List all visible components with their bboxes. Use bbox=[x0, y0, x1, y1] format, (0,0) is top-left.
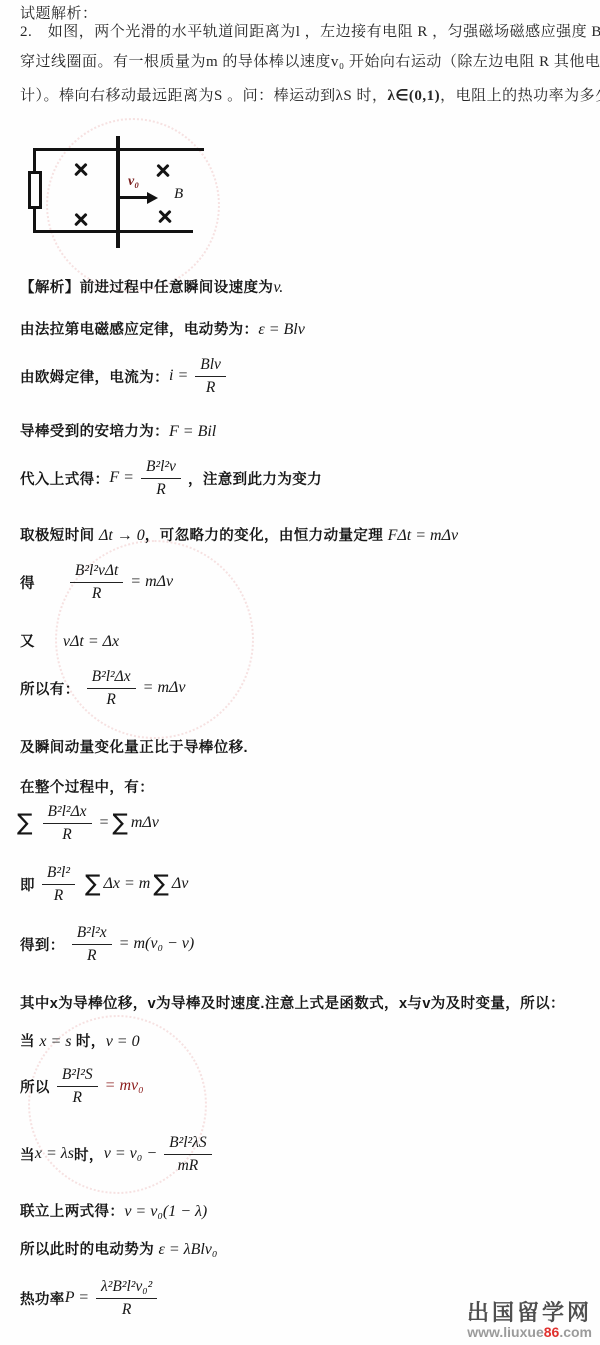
solution-line-sum-2: 即 B²l²R ∑ Δx = m ∑ Δv bbox=[20, 864, 188, 905]
solution-line-substitute: 代入上式得： F = B²l²vR ，注意到此力为变力 bbox=[20, 458, 322, 499]
solution-text: 得到： bbox=[20, 934, 65, 955]
solution-text: 即 bbox=[20, 874, 35, 895]
solution-line-result-1: 得 B²l²vΔtR = mΔv bbox=[20, 562, 173, 603]
velocity-arrow bbox=[120, 196, 148, 199]
solution-text: 时， bbox=[71, 1034, 105, 1050]
fraction-denominator: R bbox=[62, 824, 71, 844]
solution-line-lambda-s: 当 x = λs 时， v = v₀ − B²l²λSmR bbox=[20, 1134, 219, 1175]
formula: = bbox=[99, 814, 110, 832]
fraction-numerator: Blv bbox=[195, 356, 226, 377]
solution-text: 代入上式得： bbox=[20, 468, 109, 489]
solution-line-whole-process: 在整个过程中，有： bbox=[20, 776, 154, 797]
flux-cross-icon bbox=[73, 162, 89, 178]
fraction: λ²B²l²v₀²R bbox=[96, 1278, 157, 1319]
sigma-symbol: ∑ bbox=[153, 873, 169, 896]
site-url-highlight: 86 bbox=[544, 1324, 560, 1340]
solution-text: 所以此时的电动势为 bbox=[20, 1242, 159, 1258]
scanned-document-page: 试题解析： 2. 如图，两个光滑的水平轨道间距离为l ，左边接有电阻 R ，匀强… bbox=[0, 0, 600, 1345]
formula: Δv bbox=[172, 875, 189, 893]
formula: x = λs bbox=[35, 1145, 74, 1163]
solution-line-variables: 其中x为导棒位移，v为导棒及时速度.注意上式是函数式，x与v为及时变量，所以： bbox=[20, 992, 565, 1013]
fraction-denominator: R bbox=[156, 479, 165, 499]
bottom-rail bbox=[33, 230, 193, 233]
formula: F = bbox=[109, 469, 134, 487]
formula: v = v₀ − bbox=[104, 1145, 157, 1163]
fraction: B²l²ΔxR bbox=[87, 668, 136, 709]
site-url-prefix: www.liuxue bbox=[467, 1324, 544, 1340]
flux-cross-icon bbox=[155, 163, 171, 179]
sigma-symbol: ∑ bbox=[112, 812, 128, 835]
solution-text: 取极短时间 bbox=[20, 528, 99, 544]
site-url-suffix: .com bbox=[559, 1324, 592, 1340]
site-watermark-logo: 出国留学网 www.liuxue86.com bbox=[467, 1301, 592, 1340]
fraction-numerator: B²l²λS bbox=[164, 1134, 212, 1155]
fraction-numerator: B²l²x bbox=[72, 924, 112, 945]
fraction: B²l²R bbox=[42, 864, 75, 905]
solution-line-emf: 由法拉第电磁感应定律，电动势为：ε = Blv bbox=[20, 318, 305, 339]
sigma-symbol: ∑ bbox=[17, 812, 33, 835]
fraction-numerator: B²l² bbox=[42, 864, 75, 885]
fraction-denominator: R bbox=[72, 1087, 81, 1107]
fraction: B²l²vΔtR bbox=[70, 562, 123, 603]
fraction: B²l²ΔxR bbox=[43, 803, 92, 844]
solution-text: 及瞬间动量变化量正比于导棒位移. bbox=[20, 740, 248, 756]
sigma-symbol: ∑ bbox=[85, 873, 101, 896]
fraction-numerator: B²l²S bbox=[57, 1066, 98, 1087]
fraction: B²l²vR bbox=[141, 458, 181, 499]
solution-text: 时， bbox=[74, 1144, 104, 1165]
solution-text: ，注意到此力为变力 bbox=[188, 468, 322, 489]
solution-text: 导棒受到的安培力为： bbox=[20, 424, 169, 440]
solution-line-obtain: 得到： B²l²xR = m(v₀ − v) bbox=[20, 924, 194, 965]
solution-text: 热功率 bbox=[20, 1288, 65, 1309]
solution-text: 由欧姆定律，电流为： bbox=[20, 366, 169, 387]
formula: F = Bil bbox=[169, 423, 216, 440]
problem-line-3-tail: ，电阻上的热功率为多少？ bbox=[440, 88, 600, 104]
circuit-diagram: v₀ B bbox=[28, 138, 204, 256]
solution-line-impulse: 取极短时间 Δt → 0，可忽略力的变化，由恒力动量定理 FΔt = mΔv bbox=[20, 524, 458, 545]
velocity-arrow-head bbox=[147, 192, 158, 204]
problem-line-3: 计）。棒向右移动最远距离为S 。问：棒运动到λS 时，λ∈(0,1)，电阻上的热… bbox=[20, 84, 600, 105]
fraction: B²l²SR bbox=[57, 1066, 98, 1107]
field-label: B bbox=[174, 186, 183, 203]
fraction-denominator: R bbox=[206, 377, 215, 397]
solution-text: 当 bbox=[20, 1144, 35, 1165]
solution-text: 当 bbox=[20, 1034, 39, 1050]
formula: Δx = m bbox=[103, 875, 150, 893]
solution-text: 在整个过程中，有： bbox=[20, 780, 154, 796]
velocity-label: v₀ bbox=[128, 174, 139, 190]
solution-text: 由法拉第电磁感应定律，电动势为： bbox=[20, 322, 258, 338]
formula: mΔv bbox=[131, 814, 159, 832]
fraction-denominator: R bbox=[106, 689, 115, 709]
resistor bbox=[28, 171, 42, 209]
fraction-numerator: λ²B²l²v₀² bbox=[96, 1278, 157, 1299]
solution-text: 得 bbox=[20, 572, 35, 593]
flux-cross-icon bbox=[73, 212, 89, 228]
fraction-denominator: mR bbox=[178, 1155, 199, 1175]
formula: = m(v₀ − v) bbox=[119, 935, 195, 953]
conducting-bar bbox=[116, 136, 120, 248]
formula: ε = Blv bbox=[258, 321, 304, 338]
formula-red: = mv₀ bbox=[105, 1077, 144, 1095]
site-name: 出国留学网 bbox=[467, 1301, 592, 1325]
solution-line-current: 由欧姆定律，电流为： i = BlvR bbox=[20, 356, 233, 397]
solution-text: ，可忽略力的变化，由恒力动量定理 bbox=[145, 528, 388, 544]
fraction-numerator: B²l²Δx bbox=[43, 803, 92, 824]
formula: P = bbox=[65, 1289, 89, 1307]
solution-line-displacement: 又vΔt = Δx bbox=[20, 630, 119, 651]
formula: v. bbox=[273, 279, 283, 296]
problem-line-1: 2. 如图，两个光滑的水平轨道间距离为l ，左边接有电阻 R ，匀强磁场磁感应强… bbox=[20, 20, 600, 41]
solution-line-momentum-total: 所以 B²l²SR = mv₀ bbox=[20, 1066, 144, 1107]
solution-text: 又 bbox=[20, 634, 35, 650]
solution-line-sum: ∑ B²l²ΔxR = ∑ mΔv bbox=[14, 803, 159, 844]
fraction-denominator: R bbox=[87, 945, 96, 965]
formula: Δt → 0 bbox=[99, 527, 145, 544]
fraction-denominator: R bbox=[122, 1299, 131, 1319]
solution-line-boundary: 当 x = s 时，v = 0 bbox=[20, 1030, 140, 1051]
solution-line-combine: 联立上两式得：v = v₀(1 − λ) bbox=[20, 1200, 207, 1221]
problem-line-2: 穿过线圈面。有一根质量为m 的导体棒以速度v₀ 开始向右运动（除左边电阻 R 其… bbox=[20, 50, 600, 71]
fraction-numerator: B²l²vΔt bbox=[70, 562, 123, 583]
formula: x = s bbox=[39, 1033, 71, 1050]
fraction-denominator: R bbox=[92, 583, 101, 603]
solution-line-power: 热功率 P = λ²B²l²v₀²R bbox=[20, 1278, 164, 1319]
site-url: www.liuxue86.com bbox=[467, 1325, 592, 1340]
formula: FΔt = mΔv bbox=[388, 527, 458, 544]
formula: v = 0 bbox=[106, 1033, 140, 1050]
formula: = mΔv bbox=[130, 573, 173, 591]
formula: ε = λBlv₀ bbox=[159, 1241, 218, 1258]
solution-line-therefore: 所以有： B²l²ΔxR = mΔv bbox=[20, 668, 186, 709]
solution-text: 所以有： bbox=[20, 678, 80, 699]
lambda-range-bold: λ∈(0,1) bbox=[387, 88, 440, 104]
fraction: BlvR bbox=[195, 356, 226, 397]
fraction: B²l²xR bbox=[72, 924, 112, 965]
fraction-denominator: R bbox=[54, 885, 63, 905]
solution-line-emf-final: 所以此时的电动势为 ε = λBlv₀ bbox=[20, 1238, 217, 1259]
solution-line-intro: 【解析】前进过程中任意瞬间设速度为v. bbox=[20, 276, 283, 297]
solution-text: 所以 bbox=[20, 1076, 50, 1097]
solution-text: 联立上两式得： bbox=[20, 1204, 124, 1220]
formula: v = v₀(1 − λ) bbox=[124, 1203, 207, 1220]
flux-cross-icon bbox=[157, 209, 173, 225]
fraction: B²l²λSmR bbox=[164, 1134, 212, 1175]
formula: = mΔv bbox=[143, 679, 186, 697]
solution-line-ampere-force: 导棒受到的安培力为：F = Bil bbox=[20, 420, 216, 441]
problem-line-3-text: 计）。棒向右移动最远距离为S 。问：棒运动到λS 时， bbox=[20, 88, 387, 104]
formula: i = bbox=[169, 367, 188, 385]
fraction-numerator: B²l²Δx bbox=[87, 668, 136, 689]
solution-text: 【解析】前进过程中任意瞬间设速度为 bbox=[20, 280, 273, 296]
fraction-numerator: B²l²v bbox=[141, 458, 181, 479]
formula: vΔt = Δx bbox=[63, 633, 119, 650]
solution-text: 其中x为导棒位移，v为导棒及时速度.注意上式是函数式，x与v为及时变量，所以： bbox=[20, 996, 565, 1012]
solution-line-proportional: 及瞬间动量变化量正比于导棒位移. bbox=[20, 736, 248, 757]
